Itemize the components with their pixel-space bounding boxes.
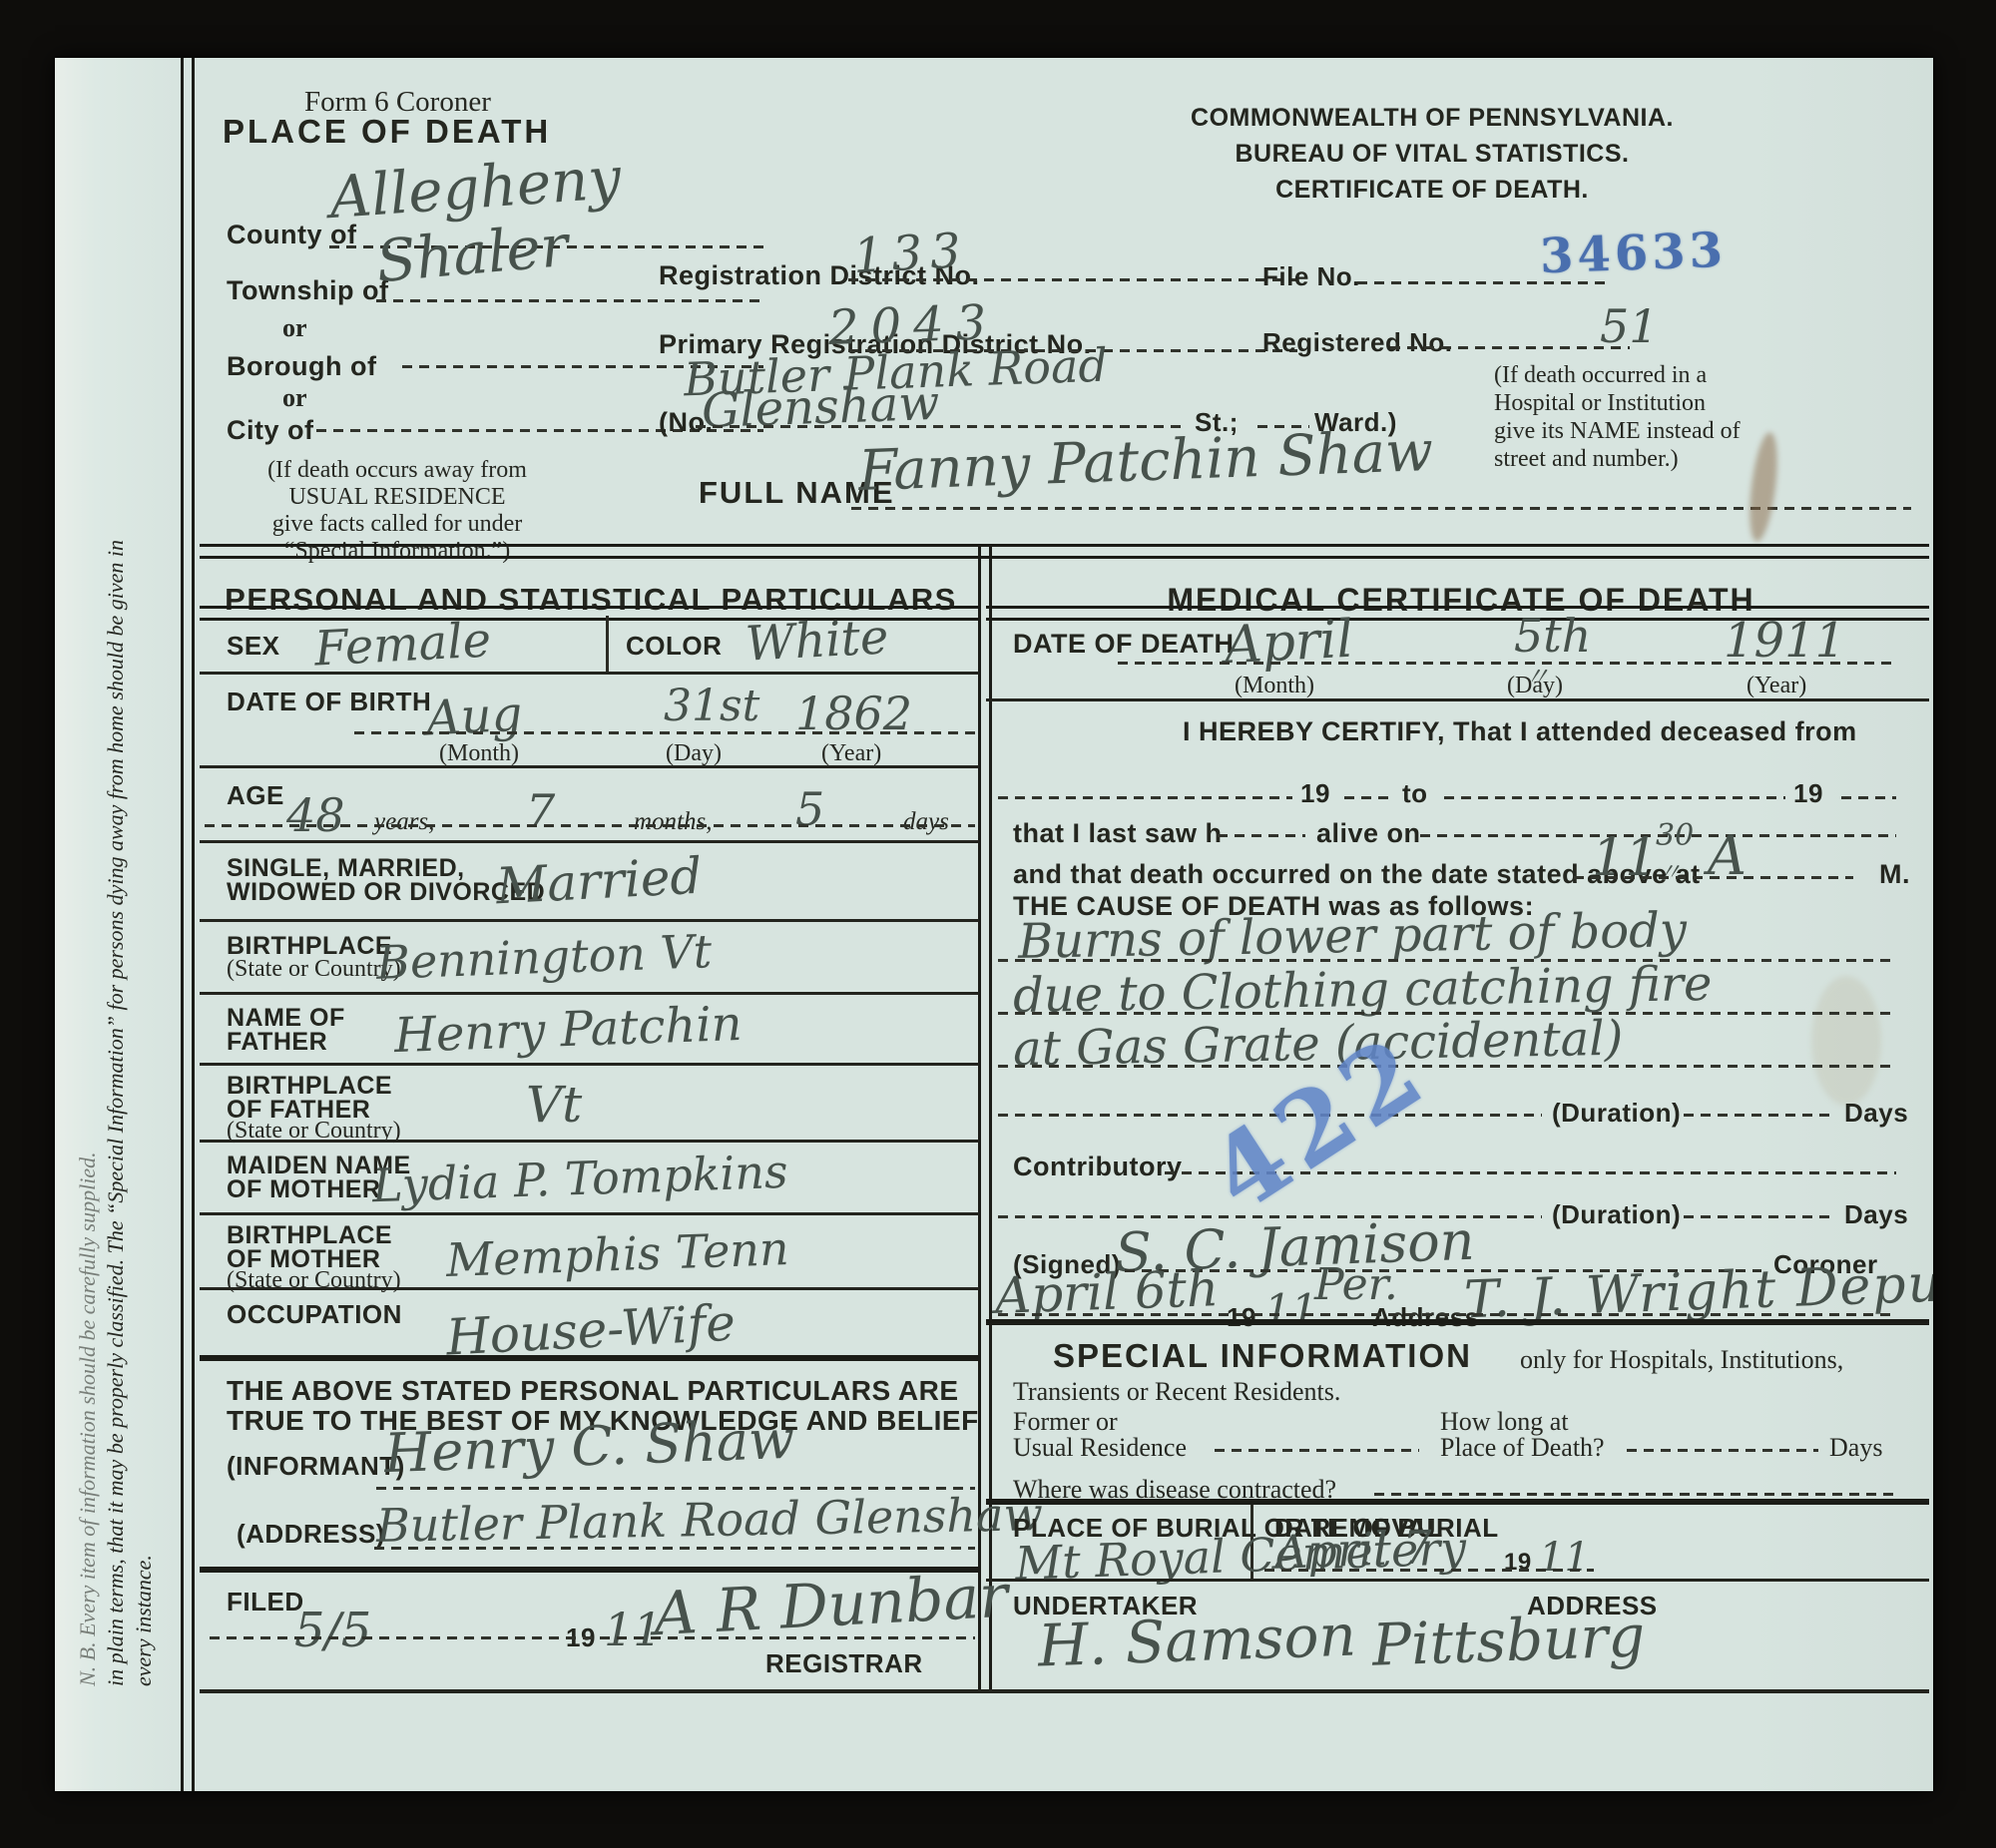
contributory-label: Contributory <box>1013 1152 1182 1182</box>
dob-row-rule <box>200 765 979 768</box>
dob-label: DATE OF BIRTH <box>227 687 431 717</box>
dob-day-value: 31st <box>664 681 759 731</box>
no-line <box>696 425 1185 428</box>
registrar-label: REGISTRAR <box>765 1648 923 1679</box>
hospital-note-line4: street and number.) <box>1494 445 1893 473</box>
father-label-line2: FATHER <box>227 1028 327 1057</box>
burial-thick-rule <box>986 1499 1929 1505</box>
mother-value: Lydia P. Tompkins <box>371 1145 788 1213</box>
dod-year-caption: (Year) <box>1746 673 1806 699</box>
commonwealth-line: COMMONWEALTH OF PENNSYLVANIA. <box>1153 100 1712 136</box>
alive-on-text: alive on <box>1316 818 1421 849</box>
dod-day-caption: (Day) <box>1507 673 1563 699</box>
registration-district-line <box>848 278 1297 281</box>
margin-note-line1: N. B. Every item of information should b… <box>74 58 102 1686</box>
former-line <box>1215 1449 1419 1452</box>
photo-background: N. B. Every item of information should b… <box>0 0 1996 1848</box>
cause-rule3 <box>998 1065 1896 1068</box>
color-value: White <box>745 609 890 672</box>
mother-row-rule <box>200 1212 979 1215</box>
father-row-rule <box>200 1063 979 1066</box>
registered-no-line <box>1390 346 1630 349</box>
disease-line <box>1374 1493 1896 1496</box>
dod-day-value: 5th <box>1514 609 1591 663</box>
attend-line-3 <box>1444 796 1785 799</box>
margin-note: N. B. Every item of information should b… <box>74 58 160 1686</box>
informant-address-value: Butler Plank Road Glenshaw <box>376 1487 1044 1553</box>
paper-stain-faint <box>1811 976 1881 1106</box>
header-divider-rule <box>200 544 1929 559</box>
usual-residence-note-line2: USUAL RESIDENCE <box>203 484 592 511</box>
township-line <box>376 299 763 302</box>
birthplace-caption: (State or Country) <box>227 956 401 983</box>
age-months-value: 7 <box>526 784 555 838</box>
attend-line-2 <box>1344 796 1392 799</box>
burial-date-line <box>1264 1569 1594 1572</box>
special-thick-rule <box>986 1319 1929 1325</box>
statement-line1: THE ABOVE STATED PERSONAL PARTICULARS AR… <box>227 1375 959 1407</box>
informant-value: Henry C. Shaw <box>383 1408 795 1485</box>
mother-bp-row-rule <box>200 1287 979 1290</box>
special-info-title: SPECIAL INFORMATION <box>1053 1337 1472 1375</box>
registered-no-label: Registered No. <box>1262 327 1453 358</box>
death-time-ditto: 〃 <box>1658 852 1682 887</box>
sex-row-rule <box>200 672 979 675</box>
attend-line-1 <box>998 796 1292 799</box>
howlong-line <box>1627 1449 1818 1452</box>
howlong-label-line2: Place of Death? <box>1440 1433 1605 1463</box>
sex-color-divider <box>606 616 609 672</box>
registered-no-value: 51 <box>1600 299 1659 353</box>
age-days-caption: days <box>903 808 949 836</box>
file-no-stamp: 34633 <box>1539 223 1728 284</box>
hospital-note-line3: give its NAME instead of <box>1494 417 1893 445</box>
dod-label: DATE OF DEATH <box>1013 629 1235 660</box>
dob-month-caption: (Month) <box>439 740 519 767</box>
or-label-2: or <box>282 383 307 413</box>
bureau-line: BUREAU OF VITAL STATISTICS. <box>1153 136 1712 172</box>
attend-year-prefix-1: 19 <box>1300 778 1330 809</box>
file-no-label: File No. <box>1262 261 1360 292</box>
certify-text: I HEREBY CERTIFY, That I attended deceas… <box>1183 716 1857 747</box>
city-label: City of <box>227 415 314 446</box>
informant-address-line <box>374 1547 975 1550</box>
dod-month-caption: (Month) <box>1235 673 1314 699</box>
father-bp-row-rule <box>200 1140 979 1143</box>
margin-note-line2: in plain terms, that it may be properly … <box>102 58 130 1686</box>
attend-to-label: to <box>1402 778 1428 809</box>
special-info-note1: only for Hospitals, Institutions, <box>1520 1345 1843 1375</box>
burial-row-rule <box>986 1579 1929 1582</box>
margin-note-line3: every instance. <box>130 58 158 1686</box>
father-bp-value: Vt <box>526 1076 582 1134</box>
hospital-note: (If death occurred in a Hospital or Inst… <box>1494 361 1893 473</box>
last-saw-text: that I last saw h <box>1013 818 1223 849</box>
or-label-1: or <box>282 313 307 343</box>
undertaker-value: H. Samson <box>1037 1601 1357 1679</box>
burial-year-prefix: 19 <box>1504 1549 1532 1577</box>
borough-label: Borough of <box>227 351 376 382</box>
full-name-value: Fanny Patchin Shaw <box>857 419 1434 504</box>
sex-value: Female <box>313 612 493 677</box>
dob-month-value: Aug <box>425 687 524 747</box>
dob-line <box>354 731 975 734</box>
color-label: COLOR <box>626 631 722 662</box>
sex-label: SEX <box>227 631 280 662</box>
dod-line <box>1118 662 1896 665</box>
dob-year-caption: (Year) <box>821 740 881 767</box>
death-time-meridiem: A <box>1708 824 1746 887</box>
dob-day-caption: (Day) <box>666 740 722 767</box>
m-label: M. <box>1879 859 1910 890</box>
mother-label-line2: OF MOTHER <box>227 1175 381 1204</box>
age-row-rule <box>200 840 979 843</box>
undertaker-address-value: Pittsburg <box>1371 1602 1647 1678</box>
duration2-label: (Duration) <box>1552 1199 1681 1230</box>
duration1-line2 <box>1684 1114 1831 1117</box>
marital-row-rule <box>200 919 979 922</box>
dod-row-rule <box>986 698 1929 701</box>
signed-date-line <box>998 1313 1896 1316</box>
occupation-label: OCCUPATION <box>227 1299 402 1330</box>
father-value: Henry Patchin <box>393 996 743 1064</box>
special-info-note2: Transients or Recent Residents. <box>1013 1377 1340 1407</box>
burial-year-value: 11 <box>1539 1535 1590 1581</box>
former-label-line2: Usual Residence <box>1013 1433 1187 1463</box>
hospital-note-line2: Hospital or Institution <box>1494 389 1893 417</box>
age-years-caption: years, <box>374 808 434 836</box>
place-value: Glenshaw <box>701 375 940 439</box>
signed-year-prefix: 19 <box>1227 1302 1256 1333</box>
informant-address-label: (ADDRESS) <box>237 1519 385 1550</box>
usual-residence-note-line3: give facts called for under <box>203 511 592 538</box>
commonwealth-header: COMMONWEALTH OF PENNSYLVANIA. BUREAU OF … <box>1153 100 1712 208</box>
hospital-note-line1: (If death occurred in a <box>1494 361 1893 389</box>
age-months-caption: months, <box>634 808 712 836</box>
signed-year-value: 11 <box>1264 1285 1317 1334</box>
last-saw-line-1 <box>1218 834 1305 837</box>
dod-year-value: 1911 <box>1724 613 1845 669</box>
township-label: Township of <box>227 275 388 306</box>
attend-year-prefix-2: 19 <box>1793 778 1823 809</box>
informant-label: (INFORMANT) <box>227 1451 405 1482</box>
duration1-label: (Duration) <box>1552 1098 1681 1129</box>
margin-divider <box>181 58 195 1791</box>
death-time-hour: 11 <box>1592 828 1658 888</box>
bottom-rule <box>200 1689 1929 1693</box>
mother-bp-value: Memphis Tenn <box>445 1221 789 1287</box>
usual-residence-note-line1: (If death occurs away from <box>203 457 592 484</box>
howlong-days-label: Days <box>1829 1433 1882 1463</box>
filed-label: FILED <box>227 1587 304 1617</box>
death-certificate: N. B. Every item of information should b… <box>55 58 1933 1791</box>
duration2-line2 <box>1684 1215 1831 1218</box>
attend-line-4 <box>1841 796 1896 799</box>
age-line <box>205 824 975 827</box>
duration2-days-label: Days <box>1844 1199 1908 1230</box>
death-time-minutes: 30 <box>1656 818 1694 853</box>
place-of-death-title: PLACE OF DEATH <box>223 113 551 151</box>
marital-value: Married <box>495 847 704 916</box>
age-label: AGE <box>227 780 284 811</box>
filed-line <box>210 1636 975 1639</box>
birthplace-value: Bennington Vt <box>375 924 713 990</box>
age-days-value: 5 <box>795 782 824 836</box>
dod-month-value: April <box>1224 610 1355 677</box>
occupation-thick-rule <box>200 1355 979 1361</box>
birthplace-row-rule <box>200 992 979 995</box>
duration1-days-label: Days <box>1844 1098 1908 1129</box>
certificate-line: CERTIFICATE OF DEATH. <box>1153 172 1712 208</box>
registration-district-value: 133 <box>852 223 970 284</box>
filed-date-value: 5/5 <box>294 1603 371 1658</box>
age-years-value: 48 <box>286 788 345 842</box>
